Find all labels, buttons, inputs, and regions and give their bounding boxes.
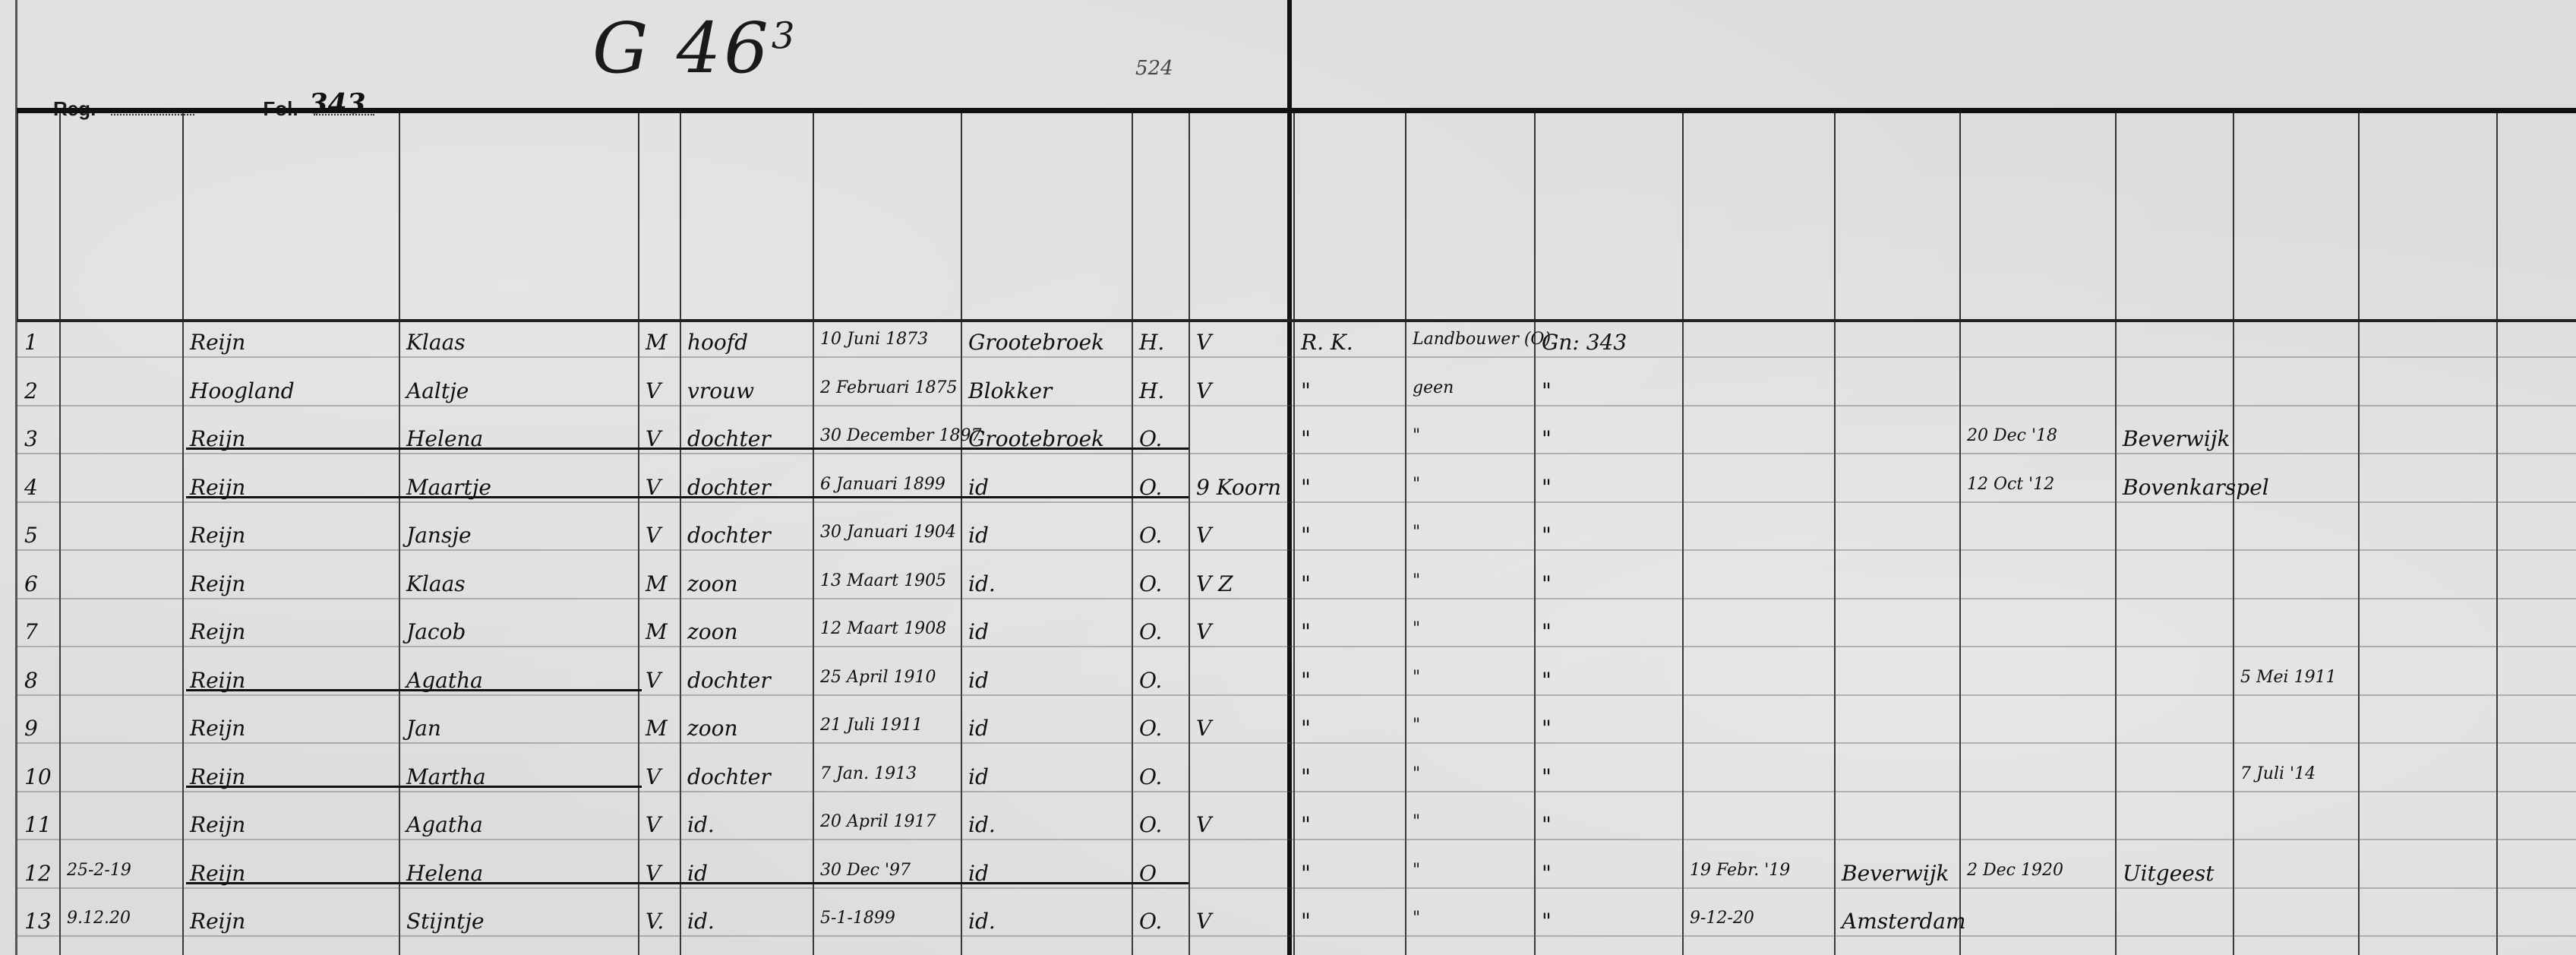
column-rule	[1293, 322, 1295, 955]
cell-beroep: "	[1413, 619, 1420, 638]
cell-betrekking: zoon	[687, 571, 738, 596]
cell-geboorte: 30 Dec '97	[820, 861, 911, 880]
cell-beroep: "	[1413, 764, 1420, 783]
column-header-2	[59, 113, 182, 319]
column-header-4	[399, 113, 638, 319]
cell-kerk: "	[1301, 909, 1311, 934]
cell-stand: O.	[1139, 764, 1162, 789]
column-rule	[59, 322, 61, 955]
cell-veranderingen: 9 Koorn	[1196, 475, 1281, 500]
cell-geboorteplaats: Blokker	[968, 378, 1052, 403]
cell-geboorte: 25 April 1910	[820, 668, 936, 687]
cell-stand: O.	[1139, 571, 1162, 596]
cell-veranderingen: V	[1196, 716, 1211, 741]
row-baseline	[17, 549, 2576, 551]
cell-waarheen: Uitgeest	[2123, 861, 2215, 886]
cell-voornamen: Klaas	[406, 571, 466, 596]
cell-geboorteplaats: id.	[968, 812, 996, 837]
cell-huizing: "	[1542, 475, 1552, 500]
cell-nr: 11	[24, 812, 52, 837]
column-header-3	[182, 113, 399, 319]
column-header-6	[680, 113, 813, 319]
cell-betrekking: hoofd	[687, 330, 748, 355]
cell-voornamen: Jansje	[406, 523, 472, 548]
cell-betrekking: id.	[687, 909, 715, 934]
cell-vestiging: 9-12-20	[1690, 909, 1754, 928]
cell-veranderingen: V	[1196, 330, 1211, 355]
cell-huizing: "	[1542, 861, 1552, 886]
cell-betrekking: dochter	[687, 523, 771, 548]
cell-inschrijving: 9.12.20	[67, 909, 131, 928]
cell-veranderingen: V	[1196, 378, 1211, 403]
cell-nr: 4	[24, 475, 38, 500]
cell-geboorteplaats: id.	[968, 909, 996, 934]
cell-beroep: Landbouwer (O)	[1413, 330, 1551, 349]
cell-kerk: "	[1301, 571, 1311, 596]
cell-nr: 6	[24, 571, 38, 596]
row-baseline	[17, 887, 2576, 889]
cell-huizing: "	[1542, 668, 1552, 693]
cell-huizing: Gn: 343	[1542, 330, 1627, 355]
cell-familienaam: Hoogland	[190, 378, 295, 403]
cell-familienaam: Reijn	[190, 523, 245, 548]
cell-beroep: "	[1413, 426, 1420, 445]
cell-geboorte: 10 Juni 1873	[820, 330, 928, 349]
register-code: G 463	[592, 8, 797, 89]
column-header-12	[1405, 113, 1534, 319]
cell-stand: H.	[1139, 330, 1164, 355]
column-header-8	[961, 113, 1132, 319]
cell-overlijden: 5 Mei 1911	[2240, 668, 2337, 687]
column-header-10	[1189, 113, 1289, 319]
cell-beroep: "	[1413, 523, 1420, 542]
cell-stand: O.	[1139, 909, 1162, 934]
cell-huizing: "	[1542, 812, 1552, 837]
column-header-13	[1534, 113, 1682, 319]
cell-geboorteplaats: id	[968, 523, 989, 548]
column-rule	[1189, 322, 1190, 955]
cell-familienaam: Reijn	[190, 909, 245, 934]
cell-huizing: "	[1542, 619, 1552, 644]
cell-geboorte: 7 Jan. 1913	[820, 764, 917, 783]
column-header-14	[1682, 113, 1834, 319]
cell-huizing: "	[1542, 426, 1552, 451]
cell-stand: O.	[1139, 716, 1162, 741]
cell-geslacht: M	[646, 619, 668, 644]
cell-nr: 5	[24, 523, 38, 548]
cell-kerk: "	[1301, 668, 1311, 693]
row-baseline	[17, 405, 2576, 406]
column-header-18	[2233, 113, 2358, 319]
cell-kerk: "	[1301, 716, 1311, 741]
cell-familienaam: Reijn	[190, 571, 245, 596]
cell-geboorteplaats: id.	[968, 571, 996, 596]
cell-vestiging: 19 Febr. '19	[1690, 861, 1790, 880]
cell-geboorteplaats: id	[968, 668, 989, 693]
cell-geboorte: 2 Februari 1875	[820, 378, 958, 397]
cell-kerk: "	[1301, 378, 1311, 403]
cell-nr: 13	[24, 909, 52, 934]
row-baseline	[17, 935, 2576, 937]
cell-huizing: "	[1542, 378, 1552, 403]
column-header-17	[2115, 113, 2233, 319]
cell-voornamen: Agatha	[406, 812, 483, 837]
cell-nr: 7	[24, 619, 38, 644]
cell-familienaam: Reijn	[190, 812, 245, 837]
cell-veranderingen: V Z	[1196, 571, 1233, 596]
cell-kerk: "	[1301, 812, 1311, 837]
cell-kerk: "	[1301, 764, 1311, 789]
cell-beroep: "	[1413, 475, 1420, 494]
row-baseline	[17, 453, 2576, 454]
column-header-20	[2496, 113, 2576, 319]
cell-voornamen: Stijntje	[406, 909, 485, 934]
row-baseline	[17, 694, 2576, 696]
cell-betrekking: zoon	[687, 619, 738, 644]
column-rule	[2115, 322, 2117, 955]
cell-betrekking: zoon	[687, 716, 738, 741]
column-rule	[1834, 322, 1836, 955]
column-rule	[813, 322, 814, 955]
cell-vorige: Beverwijk	[1842, 861, 1949, 886]
cell-vertrek: 2 Dec 1920	[1967, 861, 2063, 880]
cell-geboorte: 30 December 1897	[820, 426, 981, 445]
cell-kerk: "	[1301, 426, 1311, 451]
column-header-1	[17, 113, 59, 319]
cell-geboorte: 13 Maart 1905	[820, 571, 946, 590]
cell-nr: 3	[24, 426, 38, 451]
row-baseline	[17, 839, 2576, 840]
strikethrough-line	[186, 447, 1189, 450]
column-header-15	[1834, 113, 1959, 319]
cell-beroep: "	[1413, 909, 1420, 928]
cell-vorige: Amsterdam	[1842, 909, 1966, 934]
strikethrough-line	[186, 882, 1189, 884]
column-rule	[2496, 322, 2498, 955]
cell-veranderingen: V	[1196, 619, 1211, 644]
column-rule	[1132, 322, 1133, 955]
column-rule	[182, 322, 184, 955]
cell-nr: 10	[24, 764, 52, 789]
row-baseline	[17, 742, 2576, 744]
cell-inschrijving: 25-2-19	[67, 861, 131, 880]
row-baseline	[17, 791, 2576, 792]
cell-geslacht: V	[646, 378, 661, 403]
column-rule	[961, 322, 962, 955]
cell-geslacht: M	[646, 330, 668, 355]
header-bottom-rule	[17, 319, 2576, 322]
column-header-11	[1293, 113, 1405, 319]
cell-geboorte: 6 Januari 1899	[820, 475, 945, 494]
column-header-16	[1959, 113, 2115, 319]
header-top-rule	[17, 108, 2576, 113]
cell-waarheen: Beverwijk	[2123, 426, 2230, 451]
cell-huizing: "	[1542, 764, 1552, 789]
cell-geboorteplaats: Grootebroek	[968, 330, 1104, 355]
cell-geboorte: 30 Januari 1904	[820, 523, 956, 542]
cell-beroep: "	[1413, 812, 1420, 831]
cell-familienaam: Reijn	[190, 619, 245, 644]
strikethrough-line	[186, 496, 1189, 498]
cell-geslacht: V	[646, 523, 661, 548]
cell-beroep: "	[1413, 571, 1420, 590]
cell-huizing: "	[1542, 523, 1552, 548]
column-rule	[1682, 322, 1684, 955]
cell-betrekking: dochter	[687, 764, 771, 789]
cell-beroep: "	[1413, 861, 1420, 880]
column-header-9	[1132, 113, 1189, 319]
cell-betrekking: vrouw	[687, 378, 754, 403]
cell-betrekking: dochter	[687, 668, 771, 693]
cell-veranderingen: V	[1196, 523, 1211, 548]
cell-geboorte: 5-1-1899	[820, 909, 895, 928]
column-rule	[1534, 322, 1536, 955]
cell-stand: O.	[1139, 668, 1162, 693]
cell-beroep: geen	[1413, 378, 1454, 397]
row-baseline	[17, 646, 2576, 647]
cell-kerk: "	[1301, 475, 1311, 500]
stamp-number: 524	[1135, 57, 1173, 80]
cell-kerk: R. K.	[1301, 330, 1353, 355]
column-rule	[2358, 322, 2360, 955]
cell-nr: 12	[24, 861, 52, 886]
cell-stand: O.	[1139, 619, 1162, 644]
cell-waarheen: Bovenkarspel	[2123, 475, 2269, 500]
cell-kerk: "	[1301, 619, 1311, 644]
register-page: Reg. Fol. 343 G 463 524 1ReijnKlaasMhoof…	[0, 0, 2576, 955]
cell-geslacht: V	[646, 764, 661, 789]
row-baseline	[17, 356, 2576, 358]
cell-geslacht: M	[646, 571, 668, 596]
cell-geslacht: V	[646, 812, 661, 837]
register-code-sup: 3	[772, 14, 798, 57]
column-header-5	[638, 113, 680, 319]
cell-geslacht: V.	[646, 909, 664, 934]
column-header-19	[2358, 113, 2496, 319]
row-baseline	[17, 598, 2576, 599]
cell-geslacht: V	[646, 668, 661, 693]
column-rule	[680, 322, 681, 955]
column-rule	[2233, 322, 2234, 955]
cell-familienaam: Reijn	[190, 716, 245, 741]
cell-vertrek: 20 Dec '18	[1967, 426, 2057, 445]
cell-overlijden: 7 Juli '14	[2240, 764, 2316, 783]
cell-geboorteplaats: id	[968, 619, 989, 644]
cell-kerk: "	[1301, 861, 1311, 886]
cell-vertrek: 12 Oct '12	[1967, 475, 2054, 494]
cell-nr: 8	[24, 668, 38, 693]
cell-beroep: "	[1413, 716, 1420, 735]
cell-geboorte: 21 Juli 1911	[820, 716, 923, 735]
column-rule	[1959, 322, 1961, 955]
cell-geboorte: 12 Maart 1908	[820, 619, 946, 638]
cell-veranderingen: V	[1196, 812, 1211, 837]
cell-huizing: "	[1542, 571, 1552, 596]
column-header-7	[813, 113, 961, 319]
register-code-text: G 46	[592, 8, 772, 89]
strikethrough-line	[186, 689, 642, 691]
column-rule	[399, 322, 400, 955]
cell-nr: 9	[24, 716, 38, 741]
column-rule	[1405, 322, 1406, 955]
cell-geboorteplaats: id	[968, 764, 989, 789]
cell-veranderingen: V	[1196, 909, 1211, 934]
cell-voornamen: Jacob	[406, 619, 466, 644]
cell-huizing: "	[1542, 716, 1552, 741]
cell-betrekking: id.	[687, 812, 715, 837]
cell-kerk: "	[1301, 523, 1311, 548]
cell-nr: 1	[24, 330, 38, 355]
cell-geslacht: M	[646, 716, 668, 741]
strikethrough-line	[186, 786, 642, 788]
cell-voornamen: Aaltje	[406, 378, 469, 403]
cell-voornamen: Jan	[406, 716, 441, 741]
cell-stand: H.	[1139, 378, 1164, 403]
column-rule	[638, 322, 639, 955]
cell-voornamen: Klaas	[406, 330, 466, 355]
cell-beroep: "	[1413, 668, 1420, 687]
cell-huizing: "	[1542, 909, 1552, 934]
cell-geboorteplaats: id	[968, 716, 989, 741]
row-baseline	[17, 501, 2576, 503]
cell-geboorte: 20 April 1917	[820, 812, 936, 831]
cell-familienaam: Reijn	[190, 330, 245, 355]
cell-stand: O.	[1139, 523, 1162, 548]
cell-nr: 2	[24, 378, 38, 403]
cell-stand: O.	[1139, 812, 1162, 837]
